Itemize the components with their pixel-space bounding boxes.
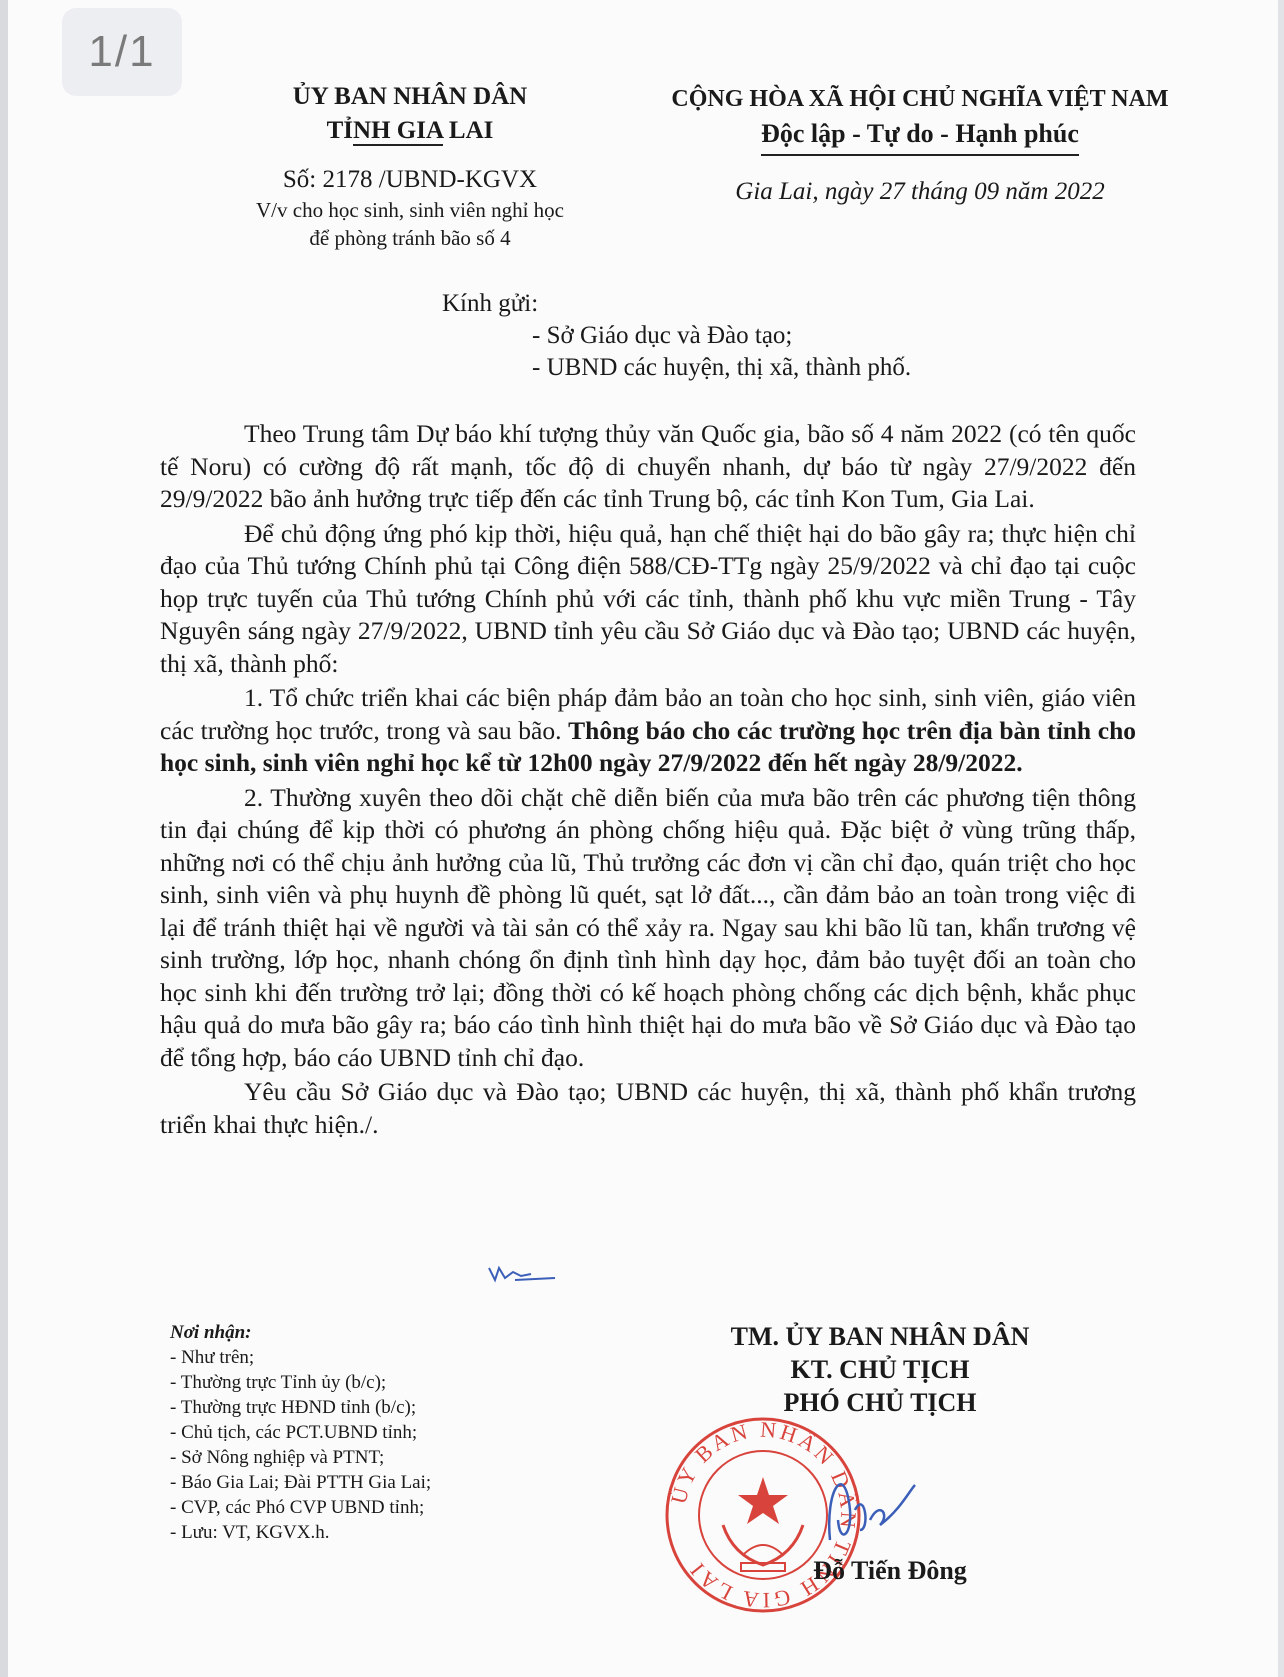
distribution-item: - CVP, các Phó CVP UBND tỉnh;: [170, 1495, 431, 1520]
distribution-item: - Thường trực HĐND tỉnh (b/c);: [170, 1395, 431, 1420]
subject-line1: V/v cho học sinh, sinh viên nghỉ học: [190, 196, 630, 224]
paragraph-1: Theo Trung tâm Dự báo khí tượng thủy văn…: [160, 418, 1136, 516]
signature-title: TM. ỦY BAN NHÂN DÂN KT. CHỦ TỊCH PHÓ CHỦ…: [690, 1320, 1070, 1419]
subject-line2: để phòng tránh bão số 4: [190, 224, 630, 252]
distribution-item: - Báo Gia Lai; Đài PTTH Gia Lai;: [170, 1470, 431, 1495]
viewer-right-edge: [1278, 0, 1284, 1677]
distribution-item: - Sở Nông nghiệp và PTNT;: [170, 1445, 431, 1470]
paragraph-2: Để chủ động ứng phó kịp thời, hiệu quả, …: [160, 518, 1136, 681]
issuer-line2: TỈNH GIA LAI: [190, 114, 630, 148]
handwritten-signature-icon: [820, 1450, 920, 1560]
signature-line2: KT. CHỦ TỊCH: [690, 1353, 1070, 1386]
issuer-header: ỦY BAN NHÂN DÂN TỈNH GIA LAI Số: 2178 /U…: [190, 80, 630, 252]
initial-mark-icon: [485, 1262, 560, 1284]
recipients-block: Kính gửi: - Sở Giáo dục và Đào tạo; - UB…: [442, 288, 911, 384]
recipient-item: - Sở Giáo dục và Đào tạo;: [442, 320, 911, 352]
national-title: CỘNG HÒA XÃ HỘI CHỦ NGHĨA VIỆT NAM: [660, 82, 1180, 116]
distribution-title: Nơi nhận:: [170, 1320, 431, 1345]
recipients-label: Kính gửi:: [442, 288, 911, 320]
issuer-line1: ỦY BAN NHÂN DÂN: [190, 80, 630, 114]
viewer-left-edge: [0, 0, 8, 1677]
national-motto: Độc lập - Tự do - Hạnh phúc: [761, 116, 1079, 156]
document-number: Số: 2178 /UBND-KGVX: [190, 164, 630, 196]
paragraph-5: Yêu cầu Sở Giáo dục và Đào tạo; UBND các…: [160, 1076, 1136, 1141]
signature-line1: TM. ỦY BAN NHÂN DÂN: [690, 1320, 1070, 1353]
issuer-line2-suffix: LAI: [443, 117, 494, 144]
distribution-item: - Lưu: VT, KGVX.h.: [170, 1520, 431, 1545]
paragraph-3: 1. Tổ chức triển khai các biện pháp đảm …: [160, 682, 1136, 780]
signer-name: Đỗ Tiến Đông: [700, 1556, 1080, 1586]
distribution-item: - Chủ tịch, các PCT.UBND tỉnh;: [170, 1420, 431, 1445]
document-body: Theo Trung tâm Dự báo khí tượng thủy văn…: [160, 418, 1136, 1143]
recipient-item: - UBND các huyện, thị xã, thành phố.: [442, 352, 911, 384]
distribution-item: - Thường trực Tỉnh ủy (b/c);: [170, 1370, 431, 1395]
national-header: CỘNG HÒA XÃ HỘI CHỦ NGHĨA VIỆT NAM Độc l…: [660, 82, 1180, 206]
page-counter: 1/1: [62, 8, 182, 96]
distribution-item: - Như trên;: [170, 1345, 431, 1370]
distribution-list: Nơi nhận: - Như trên; - Thường trực Tỉnh…: [170, 1320, 431, 1545]
issuer-line2-prefix: TỈ: [327, 117, 353, 144]
issuer-line2-underlined: NH GIA: [353, 117, 443, 146]
paragraph-4: 2. Thường xuyên theo dõi chặt chẽ diễn b…: [160, 782, 1136, 1075]
document-date: Gia Lai, ngày 27 tháng 09 năm 2022: [660, 178, 1180, 206]
